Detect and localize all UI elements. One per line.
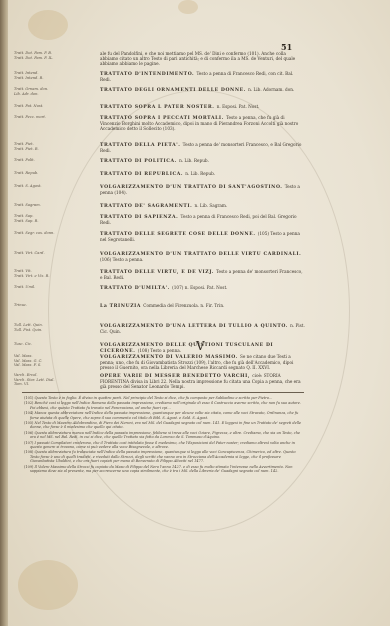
abbreviation: Tratt. Intend. R. [14,76,94,81]
abbreviation: Tratt. Segr. cos. donn. [14,231,94,236]
entry-text: n. Lib. Repub. [185,171,215,176]
footnote: (106) Questa abbreviatura manca nell'Ind… [24,431,304,440]
section-letter: V [196,339,205,353]
abbreviation-refs: Tratt. Pecc. mort. [14,115,94,120]
abbreviation: Tratt. Piet. R. [14,147,94,152]
abbreviation-refs: Val. Mass.Val. Mass. G. C.Val. Mass. F. … [14,354,94,368]
dictionary-entry: TRATTATO DELLA PIETA'. Testo a penna de'… [100,142,305,153]
entry-title: La TRINUZIA [100,304,143,309]
footnote-text: Questa abbreviatura manca nell'Indice de… [30,431,300,439]
abbreviation: Tratt. Repub. [14,171,94,176]
abbreviation: Tratt. Virt. e Viz. R. [14,274,94,279]
entry-title: TRATTATO D'INTENDIMENTO. [100,72,196,77]
abbreviation: Tratt. Polit. [14,158,94,163]
entry-text: (107) n. Esposi. Pat. Nost. [172,285,227,290]
abbreviation-refs: Tratt. Repub. [14,171,94,176]
footnote-number: (101) [24,396,35,400]
entry-title: VOLGARIZZAMENTO DELLE QUISTIONI TUSCULAN… [100,343,273,354]
abbreviation: Tratt. Pat. Nost. [14,104,94,109]
entry-title: VOLGARIZZAMENTO D'UN TRATTATO DI SANT'AG… [100,185,285,190]
entry-title: TRATTATO DELLA PIETA'. [100,143,183,148]
dictionary-entry: VOLGARIZZAMENTO D'UNA LETTERA DI TULLIO … [100,323,305,334]
abbreviation-refs: Tratt. Dot. Fam. P. B.Tratt. Dot. Fam. F… [14,51,94,60]
abbreviation: Tull. Pist. Quin. [14,328,94,333]
dictionary-entry: OPERE VARIE DI MESSER BENEDETTO VARCHI, … [100,373,305,389]
abbreviation: Tratt. S. Agost. [14,184,94,189]
dictionary-entry: TRATTATO DELLE VIRTU, E DE VIZJ. Testo a… [100,269,305,280]
dictionary-entry: TRATTATO DI REPUBLICA. n. Lib. Repub. [100,171,305,177]
entry-text: Commedia del Firenzuola. n. Fir. Trin. [143,303,224,308]
entry-title: TRATTATO SOPRA L PATER NOSTER. [100,105,217,110]
dictionary-entry: TRATTATO DI POLITICA. n. Lib. Repub. [100,158,305,164]
footnote-rule [22,392,304,393]
abbreviation-refs: Tratt. Sagram. [14,203,94,208]
dictionary-entry: TRATTATO D'INTENDIMENTO. Testo a penna d… [100,71,305,82]
dictionary-entry: VOLGARIZZAMENTO D'UN TRATTATO DELLE VIRT… [100,251,305,262]
entry-title: TRATTATO DI REPUBLICA. [100,172,185,177]
entry-text: n. Lib. Adornam. don. [248,87,294,92]
entry-text: n. Esposi. Pat. Nost. [217,104,260,109]
footnote-text: Questa abbreviatura fu tralasciata nell'… [30,450,296,463]
footnote-number: (106) [24,431,35,435]
abbreviation: Lib. Adr. don. [14,92,94,97]
abbreviation: Tratt. Pecc. mort. [14,115,94,120]
footnote: (104) Manca questa abbreviatura nell'Ind… [24,411,304,420]
footnote: (102) Benché così si legga nell'Indice R… [24,401,304,410]
dictionary-entry: TRATTATO DI SAPIENZA. Testo a penna di F… [100,214,305,225]
abbreviation: Tratt. Sap. R. [14,219,94,224]
footnote-text: I passati Compilatori crederono, che il … [30,441,295,449]
footnote-text: Il Volere Massimo della Strozzi fu copia… [30,465,293,473]
abbreviation: Tratt. Umil. [14,285,94,290]
abbreviation: Tom. VI. [14,382,94,387]
entry-title: TRATTATO DEGLI ORNAMENTI DELLE DONNE. [100,88,248,93]
abbreviation-refs: Tratt. Ornam. don.Lib. Adr. don. [14,87,94,96]
abbreviation: Tratt. Dot. Fam. F. IL. [14,56,94,61]
abbreviation-refs: Tratt. S. Agost. [14,184,94,189]
footnote-number: (107) [24,441,35,445]
dictionary-entry: TRATTATO DEGLI ORNAMENTI DELLE DONNE. n.… [100,87,305,93]
entry-title: TRATTATO D'UMILTA'. [100,286,172,291]
abbreviation-refs: Tratt. Sap.Tratt. Sap. R. [14,214,94,223]
abbreviation: Tusc. Cic. [14,342,94,347]
abbreviation-refs: Tratt. Pat. Nost. [14,104,94,109]
abbreviation-refs: Tusc. Cic. [14,342,94,347]
dictionary-entry: VOLGARIZZAMENTO DI VALERIO MASSIMO. Se n… [100,354,305,370]
dictionary-entry: La TRINUZIA Commedia del Firenzuola. n. … [100,303,305,309]
abbreviation-refs: Tratt. Virt. Card. [14,251,94,256]
footnote-number: (102) [24,401,35,405]
abbreviation-refs: Trinuz. [14,303,94,308]
footnote-number: (104) [24,411,35,415]
abbreviation-refs: Tratt. Piet.Tratt. Piet. R. [14,142,94,151]
abbreviation-refs: Tratt. Vit.Tratt. Virt. e Viz. R. [14,269,94,278]
footnote: (109) Il Volere Massimo della Strozzi fu… [24,465,304,474]
dictionary-entry: TRATTATO DELLE SEGRETE COSE DELLE DONNE.… [100,231,305,242]
abbreviation-refs: Tratt. Intend.Tratt. Intend. R. [14,71,94,80]
entry-title: TRATTATO DE' SAGRAMENTI. [100,204,195,209]
footnote-number: (109) [24,465,35,469]
dictionary-entry: ale fu del Pandolfini, e che noi mettiam… [100,51,305,66]
paper-stain [178,0,198,14]
footnotes: (101) Questo Testo è in foglio. È diviso… [24,396,304,475]
footnote: (105) Nel Testo di Maestro Aldobrandino,… [24,421,304,430]
footnote: (108) Questa abbreviatura fu tralasciata… [24,450,304,463]
dictionary-entry: VOLGARIZZAMENTO D'UN TRATTATO DI SANT'AG… [100,184,305,195]
footnote: (107) I passati Compilatori crederono, c… [24,441,304,450]
footnote-number: (105) [24,421,35,425]
entry-title: TRATTATO DI POLITICA. [100,159,179,164]
footnote-text: Nel Testo di Maestro Aldobrandino, di Pi… [30,421,301,429]
entry-text: n. Lib. Repub. [179,158,209,163]
dictionary-entry: TRATTATO SOPRA I PECCATI MORTALI. Testo … [100,115,305,131]
dictionary-entry: TRATTATO DE' SAGRAMENTI. n. Lib. Sagram. [100,203,305,209]
entry-text: (106) Testo a penna. [100,257,143,262]
abbreviation-refs: Tratt. Polit. [14,158,94,163]
footnote-number: (108) [24,450,35,454]
abbreviation: Tratt. Virt. Card. [14,251,94,256]
footnote: (101) Questo Testo è in foglio. È diviso… [24,396,304,400]
abbreviation-refs: Varch. Ercol.Varch. Stor. Lett. Dial.Tom… [14,373,94,387]
paper-stain [28,10,68,40]
dictionary-entry: TRATTATO D'UMILTA'. (107) n. Esposi. Pat… [100,285,305,291]
entry-title: TRATTATO DI SAPIENZA. [100,215,181,220]
entry-title: VOLGARIZZAMENTO D'UNA LETTERA DI TULLIO … [100,324,290,329]
footnote-text: Manca questa abbreviatura nell'Indice de… [30,411,298,419]
abbreviation-refs: Tratt. Umil. [14,285,94,290]
abbreviation-refs: Tull. Lett. Quin.Tull. Pist. Quin. [14,323,94,332]
footnote-text: Questo Testo è in foglio. È diviso in qu… [35,396,273,400]
abbreviation: Tratt. Sagram. [14,203,94,208]
abbreviation: Trinuz. [14,303,94,308]
entry-text: (108) Testo a penna. [138,348,181,353]
paper-stain [18,560,78,610]
abbreviation-refs: Tratt. Segr. cos. donn. [14,231,94,236]
abbreviation: Val. Mass. F. S. [14,363,94,368]
entry-text: n. Lib. Sagram. [195,203,228,208]
dictionary-entry: TRATTATO SOPRA L PATER NOSTER. n. Esposi… [100,104,305,110]
footnote-text: Benché così si legga nell'Indice Romano … [30,401,301,409]
entry-text: ale fu del Pandolfini, e che noi mettiam… [100,51,295,66]
